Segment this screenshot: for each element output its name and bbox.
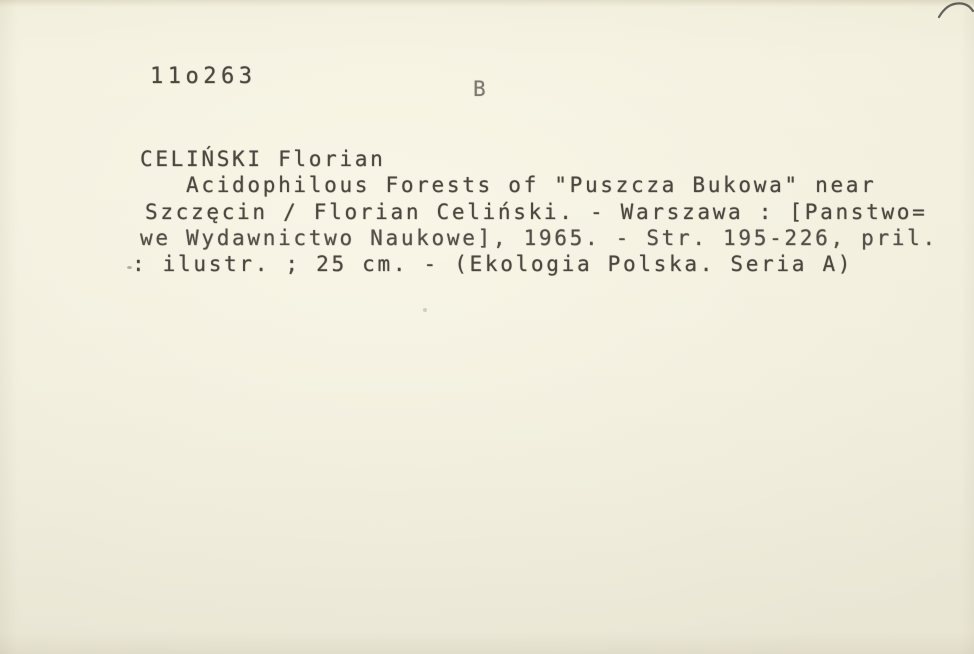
catalog-entry: CELIŃSKI Florian Acidophilous Forests of… <box>140 146 938 277</box>
entry-imprint-line: we Wydawnictwo Naukowe], 1965. - Str. 19… <box>140 225 938 251</box>
accession-number: 11o263 <box>150 64 256 89</box>
ink-speck <box>423 308 427 312</box>
entry-author-heading: CELIŃSKI Florian <box>140 146 938 172</box>
entry-title-line: Acidophilous Forests of "Puszcza Bukowa"… <box>140 172 938 198</box>
entry-collation-line: : ilustr. ; 25 cm. - (Ekologia Polska. S… <box>132 251 938 277</box>
pen-checkmark-icon <box>936 0 974 22</box>
entry-statement-line: Szczęcin / Florian Celiński. - Warszawa … <box>145 199 938 225</box>
card-edge-shading <box>0 0 974 654</box>
classification-letter: B <box>473 77 486 101</box>
